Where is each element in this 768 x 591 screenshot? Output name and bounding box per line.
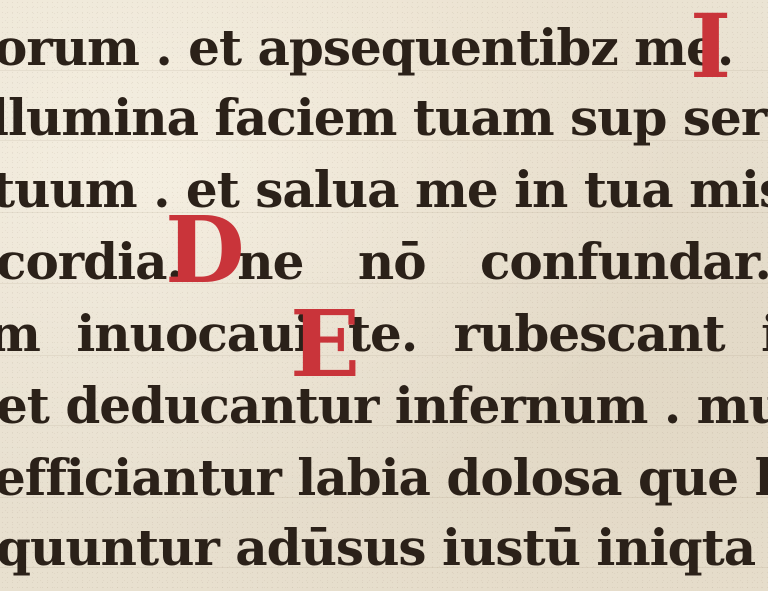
manuscript-line-5: m inuocaui te. rubescant impi [0,304,768,363]
manuscript-line-3: tuum . et salua me in tua miser [0,160,768,219]
rubricated-initial-d: D [165,196,245,304]
manuscript-line-1: orum . et apsequentibz me. [0,18,733,77]
manuscript-line-2: llumina faciem tuam sup servuz [0,88,768,147]
manuscript-line-4: cordia. ne nō confundar. q [0,232,768,291]
rubricated-initial-i: I [690,0,731,98]
rubricated-initial-e: E [290,290,360,398]
manuscript-line-6: et deducantur infernum . mu [0,376,768,435]
manuscript-line-8: quuntur adūsus iustū iniqta [0,518,755,577]
manuscript-line-7: efficiantur labia dolosa que lo [0,448,768,507]
